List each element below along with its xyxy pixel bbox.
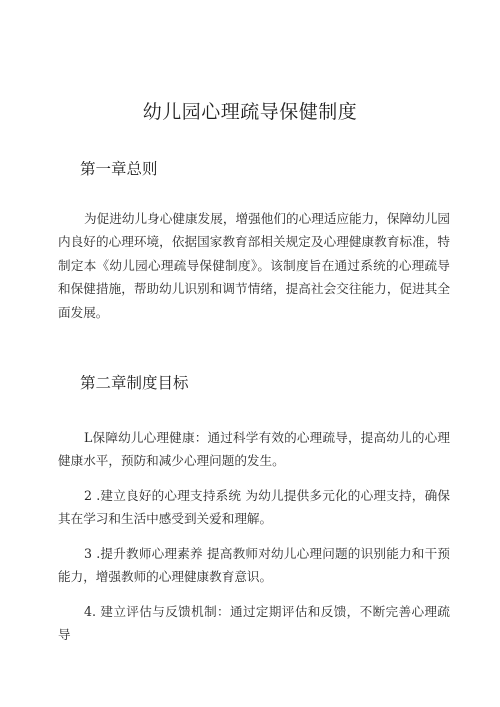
objective-item-3: 3 .提升教师心理素养 提高教师对幼儿心理问题的识别能力和干预能力，增强教师的心… [58, 542, 450, 589]
chapter-heading-objectives: 第二章制度目标 [80, 372, 189, 394]
paragraph-general-intro: 为促进幼儿身心健康发展，增强他们的心理适应能力，保障幼儿园内良好的心理环境，依据… [58, 207, 450, 324]
objective-item-1: L保障幼儿心理健康：通过科学有效的心理疏导，提高幼儿的心理健康水平，预防和减少心… [58, 426, 450, 473]
objective-item-4: 4. 建立评估与反馈机制：通过定期评估和反馈，不断完善心理疏导 [58, 600, 450, 647]
objective-item-2: 2 .建立良好的心理支持系统 为幼儿提供多元化的心理支持，确保其在学习和生活中感… [58, 484, 450, 531]
paragraph-text: 2 .建立良好的心理支持系统 为幼儿提供多元化的心理支持，确保其在学习和生活中感… [58, 488, 450, 526]
document-title: 幼儿园心理疏导保健制度 [0, 99, 500, 125]
chapter-heading-general: 第一章总则 [80, 158, 158, 180]
paragraph-text: 3 .提升教师心理素养 提高教师对幼儿心理问题的识别能力和干预能力，增强教师的心… [58, 546, 450, 584]
paragraph-text: 4. 建立评估与反馈机制：通过定期评估和反馈，不断完善心理疏导 [58, 604, 450, 642]
paragraph-text: L保障幼儿心理健康：通过科学有效的心理疏导，提高幼儿的心理健康水平，预防和减少心… [58, 430, 450, 468]
paragraph-text: 为促进幼儿身心健康发展，增强他们的心理适应能力，保障幼儿园内良好的心理环境，依据… [58, 211, 450, 320]
document-page: 幼儿园心理疏导保健制度 第一章总则 为促进幼儿身心健康发展，增强他们的心理适应能… [0, 0, 500, 707]
